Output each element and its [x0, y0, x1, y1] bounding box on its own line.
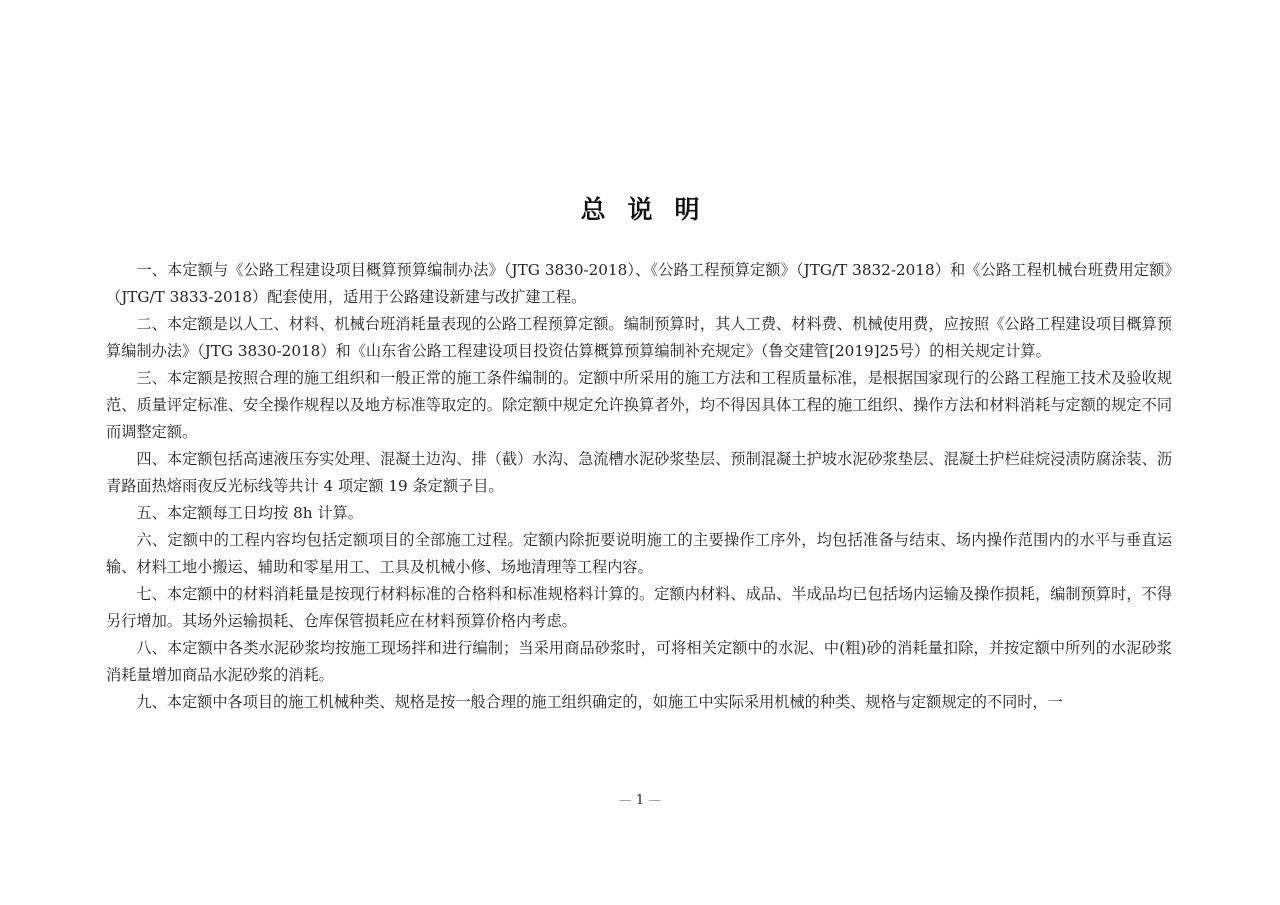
paragraph-9: 九、本定额中各项目的施工机械种类、规格是按一般合理的施工组织确定的，如施工中实际… [106, 689, 1172, 716]
document-page: 总说明 一、本定额与《公路工程建设项目概算预算编制办法》（JTG 3830-20… [0, 0, 1280, 905]
paragraph-8: 八、本定额中各类水泥砂浆均按施工现场拌和进行编制；当采用商品砂浆时，可将相关定额… [106, 635, 1172, 689]
general-notes-body: 一、本定额与《公路工程建设项目概算预算编制办法》（JTG 3830-2018）、… [106, 257, 1172, 716]
paragraph-1: 一、本定额与《公路工程建设项目概算预算编制办法》（JTG 3830-2018）、… [106, 257, 1172, 311]
paragraph-6: 六、定额中的工程内容均包括定额项目的全部施工过程。定额内除扼要说明施工的主要操作… [106, 527, 1172, 581]
page-number-dash-right: — [648, 793, 661, 808]
page-footer: — 1 — [0, 793, 1280, 808]
page-number-dash-left: — [619, 793, 632, 808]
paragraph-3: 三、本定额是按照合理的施工组织和一般正常的施工条件编制的。定额中所采用的施工方法… [106, 365, 1172, 446]
paragraph-2: 二、本定额是以人工、材料、机械台班消耗量表现的公路工程预算定额。编制预算时，其人… [106, 311, 1172, 365]
page-title: 总说明 [0, 190, 1280, 226]
paragraph-7: 七、本定额中的材料消耗量是按现行材料标准的合格料和标准规格料计算的。定额内材料、… [106, 581, 1172, 635]
paragraph-4: 四、本定额包括高速液压夯实处理、混凝土边沟、排（截）水沟、急流槽水泥砂浆垫层、预… [106, 446, 1172, 500]
page-number: 1 [636, 793, 644, 808]
paragraph-5: 五、本定额每工日均按 8h 计算。 [106, 500, 1172, 527]
